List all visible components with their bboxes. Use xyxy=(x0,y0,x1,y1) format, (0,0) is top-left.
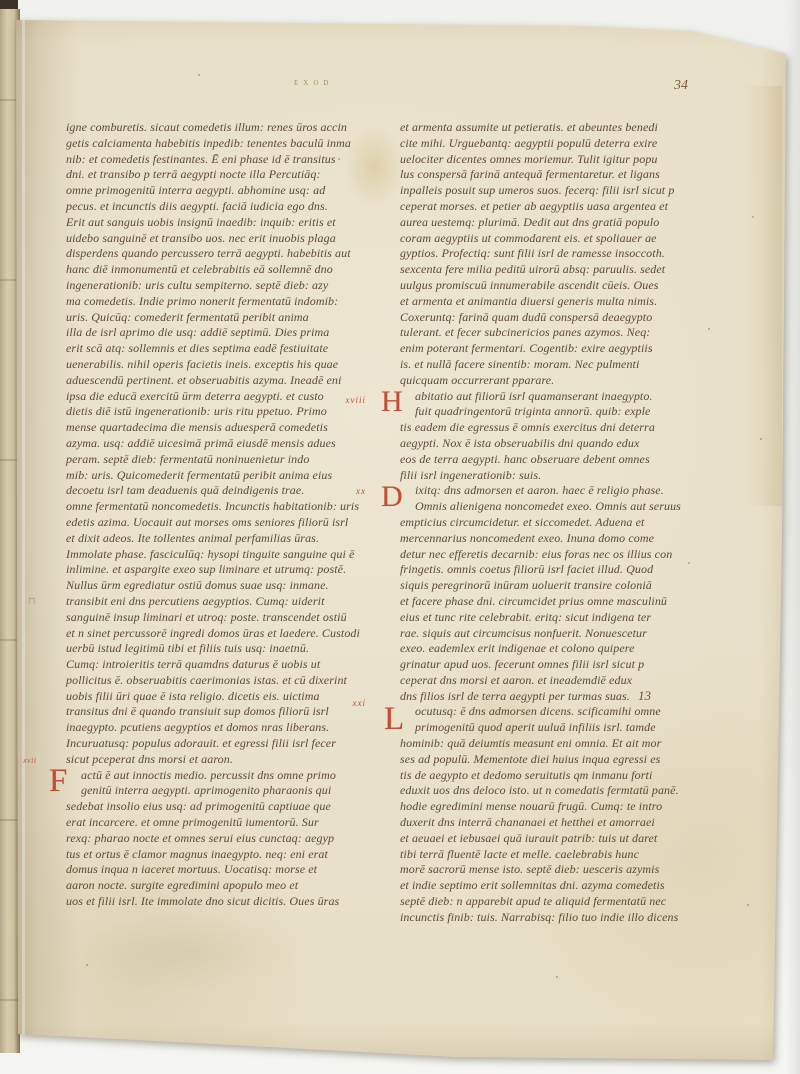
parchment-edge-stain xyxy=(744,86,782,506)
text-line: pecus. et incunctis diis aegypti. faciā … xyxy=(66,199,404,215)
text-line: pollicitus ē. obseruabitis caerimonias i… xyxy=(66,673,404,689)
gutter-chapter-numeral: xxi xyxy=(322,698,366,708)
text-column-right: et armenta assumite ut petieratis. et ab… xyxy=(400,120,732,926)
text-line: Incuruatusq: populus adorauit. et egress… xyxy=(66,736,404,752)
text-line: actū ē aut innoctis medio. percussit dns… xyxy=(66,768,404,784)
text-line: ceperat dns morsi et aaron. et ineademdi… xyxy=(400,673,732,689)
text-line: omne primogenitū interra aegypti. abhomi… xyxy=(66,183,404,199)
text-line: exeo. eademlex erit indigenae et colono … xyxy=(400,641,732,657)
text-line: mense quartadecima die mensis aduesperā … xyxy=(66,420,404,436)
text-line: enim poterant fermentari. Cogentib: exir… xyxy=(400,341,732,357)
text-line: sedebat insolio eius usq: ad primogenitū… xyxy=(66,799,404,815)
text-line: tibi terrā fluentē lacte et melle. caele… xyxy=(400,847,732,863)
folio-number-ink: 34 xyxy=(674,78,688,94)
text-line: disperdens quando percussero terrā aegyp… xyxy=(66,246,404,262)
text-line: uris. Quicūq: comederit fermentatū perib… xyxy=(66,310,404,326)
text-line: aurea uestemq: plurimā. Dedit aut dns gr… xyxy=(400,215,732,231)
text-line: ixitq: dns admorsen et aaron. haec ē rel… xyxy=(400,483,732,499)
text-line: is. et nullā facere sinentib: moram. Nec… xyxy=(400,357,732,373)
text-line: mercennarius noncomedent exeo. Inuna dom… xyxy=(400,531,732,547)
text-line: sicut pceperat dns morsi et aaron. xyxy=(66,752,404,768)
text-line: hominib: quā deiumtis measunt eni omnia.… xyxy=(400,736,732,752)
text-line: Erit aut sanguis uobis insignū inaedib: … xyxy=(66,215,404,231)
rubric-initial-d: D xyxy=(381,482,403,512)
text-line: et facere phase dni. circumcidet prius o… xyxy=(400,594,732,610)
text-line: getis calciamenta habebitis inpedib: ten… xyxy=(66,136,404,152)
text-line: erat incarcere. et omne primogenitū iume… xyxy=(66,815,404,831)
text-line: aaron nocte. surgite egredimini apopulo … xyxy=(66,878,404,894)
text-line: sanguinē insup liminari et utroq: poste.… xyxy=(66,610,404,626)
text-line: Cumq: introieritis terrā quamdns daturus… xyxy=(66,657,404,673)
text-line: erit scā atq: sollemnis et dies septima … xyxy=(66,341,404,357)
text-line: lus conspersā farinā antequā fermentaret… xyxy=(400,167,732,183)
text-line: Nullus ūrm egrediatur ostiū domus suae u… xyxy=(66,578,404,594)
text-line: rexq: pharao nocte et omnes serui eius c… xyxy=(66,831,404,847)
text-line: fuit quadringentorū triginta annorū. qui… xyxy=(400,404,732,420)
text-line: dni. et transibo p terrā aegypti nocte i… xyxy=(66,167,404,183)
text-line: domus inqua n iaceret mortuus. Uocatisq:… xyxy=(66,862,404,878)
text-line: et armenta assumite ut petieratis. et ab… xyxy=(400,120,732,136)
text-line: azyma. usq: addiē uicesimā primā eiusdē … xyxy=(66,436,404,452)
text-line: inaegypto. pcutiens aegyptios et domos n… xyxy=(66,720,404,736)
running-title: exod xyxy=(294,77,333,88)
margin-pencil-mark: ⊓ xyxy=(28,596,36,607)
text-line: inpalleis posuit sup umeros suos. fecerq… xyxy=(400,183,732,199)
text-line: transibit eni dns percutiens aegyptios. … xyxy=(66,594,404,610)
text-line: ses ad populū. Mementote diei huius inqu… xyxy=(400,752,732,768)
text-line: et n sinet percussorē ingredi domos ūras… xyxy=(66,626,404,642)
parchment-stain xyxy=(72,912,302,992)
text-line: tis eadem die egressus ē omnis exercitus… xyxy=(400,420,732,436)
gutter-highlight xyxy=(22,16,25,1064)
text-line: et dixit adeos. Ite tollentes animal per… xyxy=(66,531,404,547)
parchment-specks xyxy=(16,16,18,18)
text-line: sexcenta fere milia peditū uirorū absq: … xyxy=(400,262,732,278)
text-line: grinatur apud uos. fecerunt omnes filii … xyxy=(400,657,732,673)
text-line: et aeuaei et iebusaei quā iurauit patrib… xyxy=(400,831,732,847)
text-line: quicquam occurrerant pparare. xyxy=(400,373,732,389)
text-line: uos et filii isrl. Ite immolate dno sicu… xyxy=(66,894,404,910)
text-line: peram. septē dieb: fermentatū noninuenie… xyxy=(66,452,404,468)
text-line: uerbū istud legitimū tibi et filiis tuis… xyxy=(66,641,404,657)
text-line: gyptios. Profectiq: sunt filii isrl de r… xyxy=(400,246,732,262)
text-line: tus et ortus ē clamor magnus inaegypto. … xyxy=(66,847,404,863)
text-line: nib: et comedetis festinantes. Ē eni pha… xyxy=(66,152,404,168)
text-line: ocutusq: ē dns admorsen dicens. scificam… xyxy=(400,704,732,720)
folio-number-pencil: 31 xyxy=(752,24,767,42)
text-line: primogenitū quod aperit uuluā infiliis i… xyxy=(400,720,732,736)
text-line: uidebo sanguinē et transibo uos. nec eri… xyxy=(66,231,404,247)
text-column-left: igne comburetis. sicaut comedetis illum:… xyxy=(66,120,404,910)
text-line: eduxit uos dns deloco isto. ut n comedat… xyxy=(400,783,732,799)
text-line: fringetis. omnis coetus filiorū isrl fac… xyxy=(400,562,732,578)
text-line: ingenerationib: uris cultu sempiterno. s… xyxy=(66,278,404,294)
text-line: eos de terra aegypti. hanc obseruare deb… xyxy=(400,452,732,468)
text-line: uulgus promiscuū innumerabile ascendit c… xyxy=(400,278,732,294)
text-line: coram aegyptiis ut commodarent eis. et s… xyxy=(400,231,732,247)
text-line: dns filios isrl de terra aegypti per tur… xyxy=(400,689,732,705)
text-line: tulerant. et fecer subcinericios panes a… xyxy=(400,325,732,341)
rubric-initial-f: F xyxy=(49,765,67,798)
text-line: rae. siquis aut circumcisus nonfuerit. N… xyxy=(400,626,732,642)
text-line: et indie septimo erit sollemnitas dni. a… xyxy=(400,878,732,894)
gutter-chapter-numeral: xx xyxy=(322,486,366,496)
rubric-initial-h: H xyxy=(381,387,403,417)
text-line: incunctis finib: tuis. Narrabisq: filio … xyxy=(400,910,732,926)
text-line: edetis azima. Uocauit aut morses oms sen… xyxy=(66,515,404,531)
gutter-chapter-numeral: xviii xyxy=(322,395,366,405)
text-line: mib: uris. Quicomederit fermentatū perib… xyxy=(66,468,404,484)
text-line: dietis diē istū ingenerationib: uris rit… xyxy=(66,404,404,420)
text-line: illa de isrl aprimo die usq: addiē septi… xyxy=(66,325,404,341)
text-line: igne comburetis. sicaut comedetis illum:… xyxy=(66,120,404,136)
page-wrapper: exod 31 34 13 ⊓ xvii igne comburetis. si… xyxy=(0,0,800,1074)
text-line: et armenta et animantia diuersi generis … xyxy=(400,294,732,310)
text-line: aduescendū pertinent. et obseruabitis az… xyxy=(66,373,404,389)
text-line: Omnis alienigena noncomedet exeo. Omnis … xyxy=(400,499,732,515)
text-line: uelociter dicentes omnes moriemur. Tulit… xyxy=(400,152,732,168)
text-line: empticius circumcidetur. et siccomedet. … xyxy=(400,515,732,531)
text-line: omne fermentatū noncomedetis. Incunctis … xyxy=(66,499,404,515)
manuscript-photo: exod 31 34 13 ⊓ xvii igne comburetis. si… xyxy=(0,0,800,1074)
text-line: tis de aegypto et dedomo seruitutis qm i… xyxy=(400,768,732,784)
text-line: genitū interra aegypti. aprimogenito pha… xyxy=(66,783,404,799)
text-line: morē sacrorū mense isto. septē dieb: ues… xyxy=(400,862,732,878)
text-line: eius et tunc rite celebrabit. eritq: sic… xyxy=(400,610,732,626)
text-line: cite mihi. Urguebantq: aegyptii populū d… xyxy=(400,136,732,152)
text-line: Coxeruntq: farinā quam dudū conspersā de… xyxy=(400,310,732,326)
text-line: duxerit dns interrā chananaei et hetthei… xyxy=(400,815,732,831)
text-line: ceperat morses. et petier ab aegyptiis u… xyxy=(400,199,732,215)
parchment-page: exod 31 34 13 ⊓ xvii igne comburetis. si… xyxy=(16,16,794,1064)
text-line: Immolate phase. fasciculūq: hysopi tingu… xyxy=(66,547,404,563)
text-line: filii isrl ingenerationib: suis. xyxy=(400,468,732,484)
text-line: septē dieb: n apparebit apud te aliquid … xyxy=(400,894,732,910)
rubric-initial-l: L xyxy=(384,703,404,736)
text-line: siquis peregrinorū inūram uoluerit trans… xyxy=(400,578,732,594)
text-line: inlimine. et aspargite exeo sup liminare… xyxy=(66,562,404,578)
text-line: abitatio aut filiorū isrl quamanserant i… xyxy=(400,389,732,405)
text-line: ma comedetis. Indie primo nonerit fermen… xyxy=(66,294,404,310)
text-line: detur nec efferetis decarnib: eius foras… xyxy=(400,547,732,563)
left-margin-chapter-numeral: xvii xyxy=(23,756,37,765)
text-line: hodie egredimini mense nouarū frugū. Cum… xyxy=(400,799,732,815)
text-line: uenerabilis. nihil operis facietis ineis… xyxy=(66,357,404,373)
text-line: aegypti. Nox ē ista obseruabilis dni qua… xyxy=(400,436,732,452)
text-line: hanc diē inmonumentū et celebrabitis eā … xyxy=(66,262,404,278)
